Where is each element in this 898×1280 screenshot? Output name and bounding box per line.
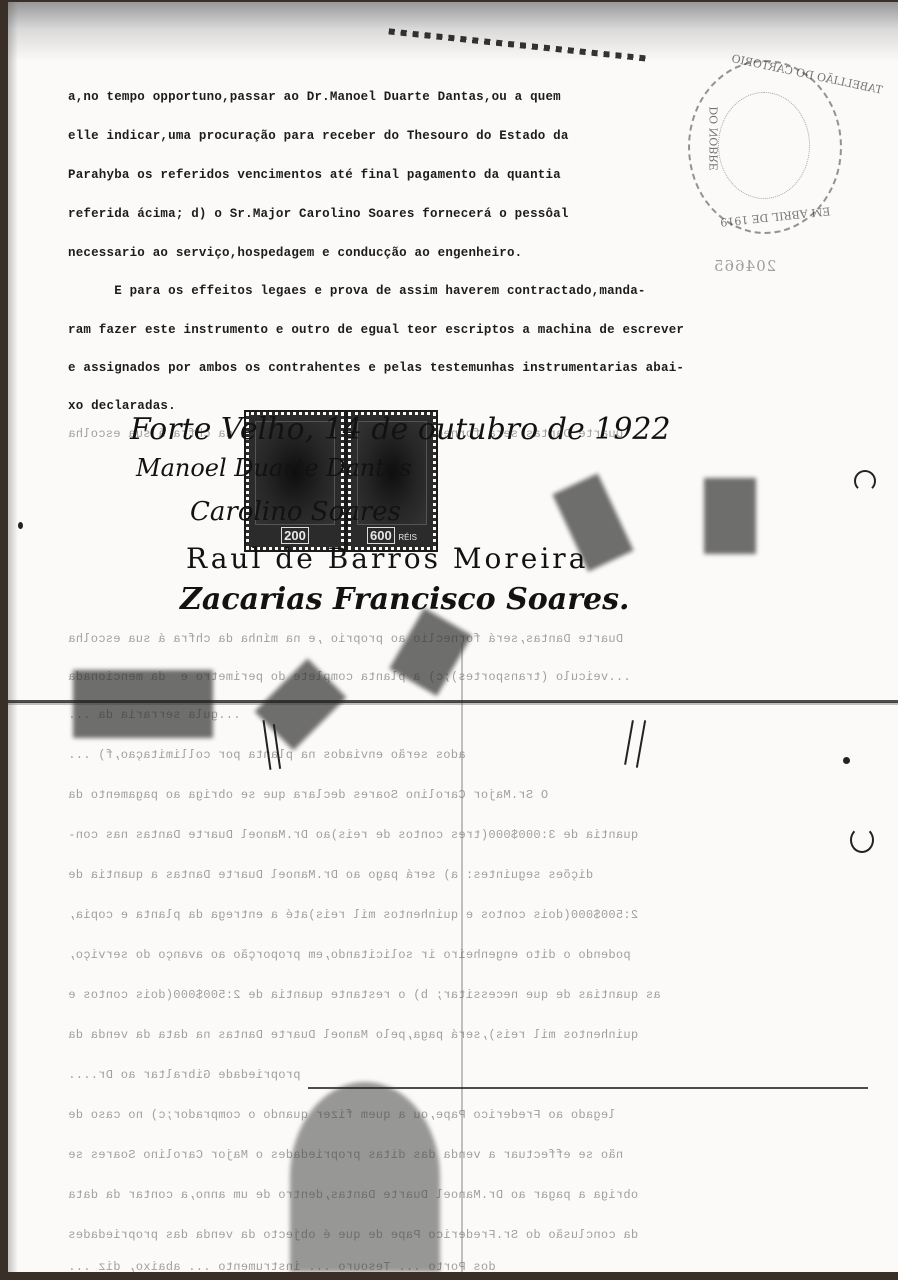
text-line: Parahyba os referidos vencimentos até fi… bbox=[68, 168, 561, 182]
page-edge bbox=[8, 2, 18, 1272]
ink-dot bbox=[843, 757, 850, 764]
seal-text-bottom: EM ABRIL DE 1919 bbox=[720, 204, 831, 228]
bleed-line: propriedade Gibraltar ao Dr.... bbox=[68, 1068, 301, 1082]
document-page: TABELLIÃO DO CARTORIO DO NOBRE EM ABRIL … bbox=[8, 2, 898, 1272]
signature-raul-de-barros-moreira: Raul de Barros Moreira bbox=[186, 542, 588, 575]
bleed-line: as quantias de que necessitar; b) o rest… bbox=[68, 988, 661, 1002]
pen-stroke bbox=[624, 720, 634, 765]
text-line: xo declaradas. bbox=[68, 399, 176, 413]
photocopy-edge-shadow bbox=[8, 2, 898, 62]
stamp-remnant bbox=[704, 478, 756, 554]
seal-portrait bbox=[718, 92, 810, 199]
text-line: a,no tempo opportuno,passar ao Dr.Manoel… bbox=[68, 90, 561, 104]
bleed-line: dições seguintes: a) será pago ao Dr.Man… bbox=[68, 868, 593, 882]
ink-dot bbox=[18, 522, 23, 529]
paper-tear bbox=[308, 1087, 868, 1089]
text-line: necessario ao serviço,hospedagem e condu… bbox=[68, 246, 522, 260]
seal-number: 204665 bbox=[713, 257, 776, 275]
stamp-remnant bbox=[290, 1082, 440, 1272]
bleed-line: 2:500$000(dois contos e quinhentos mil r… bbox=[68, 908, 638, 922]
notary-seal: TABELLIÃO DO CARTORIO DO NOBRE EM ABRIL … bbox=[688, 60, 842, 234]
seal-text-left: DO NOBRE bbox=[708, 106, 721, 170]
text-line: e assignados por ambos os contrahentes e… bbox=[68, 361, 684, 375]
text-line: referida ácima; d) o Sr.Major Carolino S… bbox=[68, 207, 569, 221]
text-line: ram fazer este instrumento e outro de eg… bbox=[68, 323, 684, 337]
bleed-line: quantia de 3:000$000(tres contos de reis… bbox=[68, 828, 638, 842]
signature-zacarias-francisco-soares: Zacarias Francisco Soares. bbox=[180, 582, 629, 617]
text-line: elle indicar,uma procuração para receber… bbox=[68, 129, 569, 143]
punch-hole bbox=[850, 827, 874, 853]
bleed-line: podendo o dito engenheiro ir solicitando… bbox=[68, 948, 631, 962]
stamp-unit: RÉIS bbox=[398, 533, 417, 542]
bleed-line: Duarte Dantas,será forneclio ao proprio … bbox=[68, 632, 623, 646]
stamp-value: 600 RÉIS bbox=[351, 528, 433, 543]
punch-hole bbox=[854, 470, 876, 492]
bleed-line: O Sr.Major Carolino Soares declara que s… bbox=[68, 788, 548, 802]
bleed-line: quinhentos mil reis),será paga,pelo Mano… bbox=[68, 1028, 638, 1042]
paragraph-2: E para os effeitos legaes e prova de ass… bbox=[8, 2, 39, 86]
paper-tear bbox=[8, 700, 898, 703]
signature-manoel-duarte-dantas: Manoel Duarte Dantas bbox=[136, 454, 412, 482]
stamp-remnant bbox=[73, 670, 213, 738]
text-line: E para os effeitos legaes e prova de ass… bbox=[68, 284, 646, 298]
signature-carolino-soares: Carolino Soares bbox=[190, 497, 401, 527]
stamp-value: 200 bbox=[249, 528, 341, 543]
handwritten-place-date: Forte Velho, 14 de outubro de 1922 bbox=[130, 412, 671, 447]
pen-stroke bbox=[636, 720, 646, 768]
